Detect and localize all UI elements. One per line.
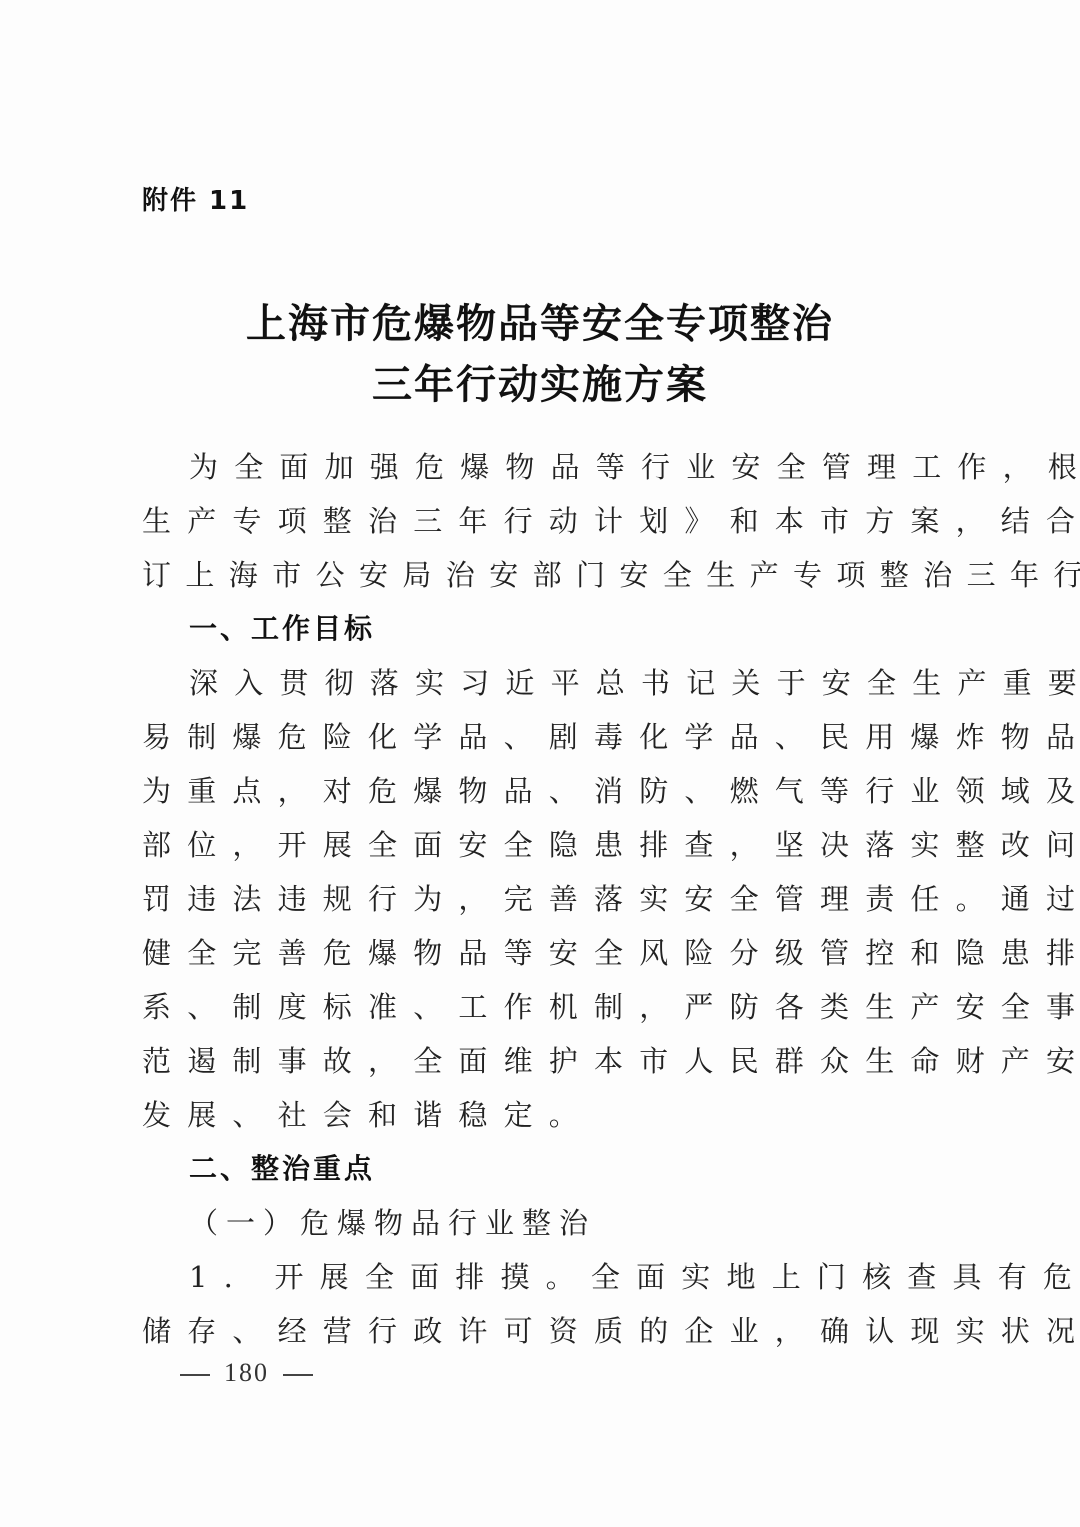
section-heading-remediation-focus: 二、整治重点 [189,1142,375,1196]
subsection-1-line-1: 1. 开展全面排摸。全面实地上门核查具有危爆物品生产、 [189,1250,989,1304]
section-1-line-3: 为重点，对危爆物品、消防、燃气等行业领域及其他重点单位、 [142,764,942,818]
section-1-line-9: 发展、社会和谐稳定。 [142,1088,942,1142]
section-heading-work-goals: 一、工作目标 [189,602,375,656]
section-1-line-5: 罚违法违规行为，完善落实安全管理责任。通过三年安全整治， [142,872,942,926]
section-1-line-8: 范遏制事故，全面维护本市人民群众生命财产安全和经济高质量 [142,1034,942,1088]
intro-line-3: 订上海市公安局治安部门安全生产专项整治三年行动实施方案。 [142,548,942,602]
section-1-line-2: 易制爆危险化学品、剧毒化学品、民用爆炸物品等危爆物品安全 [142,710,942,764]
section-1-line-4: 部位，开展全面安全隐患排查，坚决落实整改问题隐患，严厉处 [142,818,942,872]
page-number: 180 [224,1358,269,1387]
page-number-footer: 180 [166,1358,327,1388]
section-1-line-1: 深入贯彻落实习近平总书记关于安全生产重要指示精神，以 [189,656,989,710]
section-1-line-7: 系、制度标准、工作机制，严防各类生产安全事故发生，坚决防 [142,980,942,1034]
dash-right [283,1374,313,1376]
document-title-line-1: 上海市危爆物品等安全专项整治 [0,292,1080,349]
attachment-label: 附件 11 [142,180,249,217]
section-1-line-6: 健全完善危爆物品等安全风险分级管控和隐患排查治理的责任体 [142,926,942,980]
subsection-heading-hazardous-industry: （一）危爆物品行业整治 [189,1196,596,1250]
subsection-1-line-2: 储存、经营行政许可资质的企业，确认现实状况。发现已关停、 [142,1304,942,1358]
intro-line-2: 生产专项整治三年行动计划》和本市方案，结合本市实际，特制 [142,494,942,548]
dash-left [180,1374,210,1376]
intro-line-1: 为全面加强危爆物品等行业安全管理工作，根据《全国安全 [189,440,989,494]
document-title-line-2: 三年行动实施方案 [0,353,1080,410]
document-page: 附件 11 上海市危爆物品等安全专项整治 三年行动实施方案 为全面加强危爆物品等… [0,0,1080,1527]
